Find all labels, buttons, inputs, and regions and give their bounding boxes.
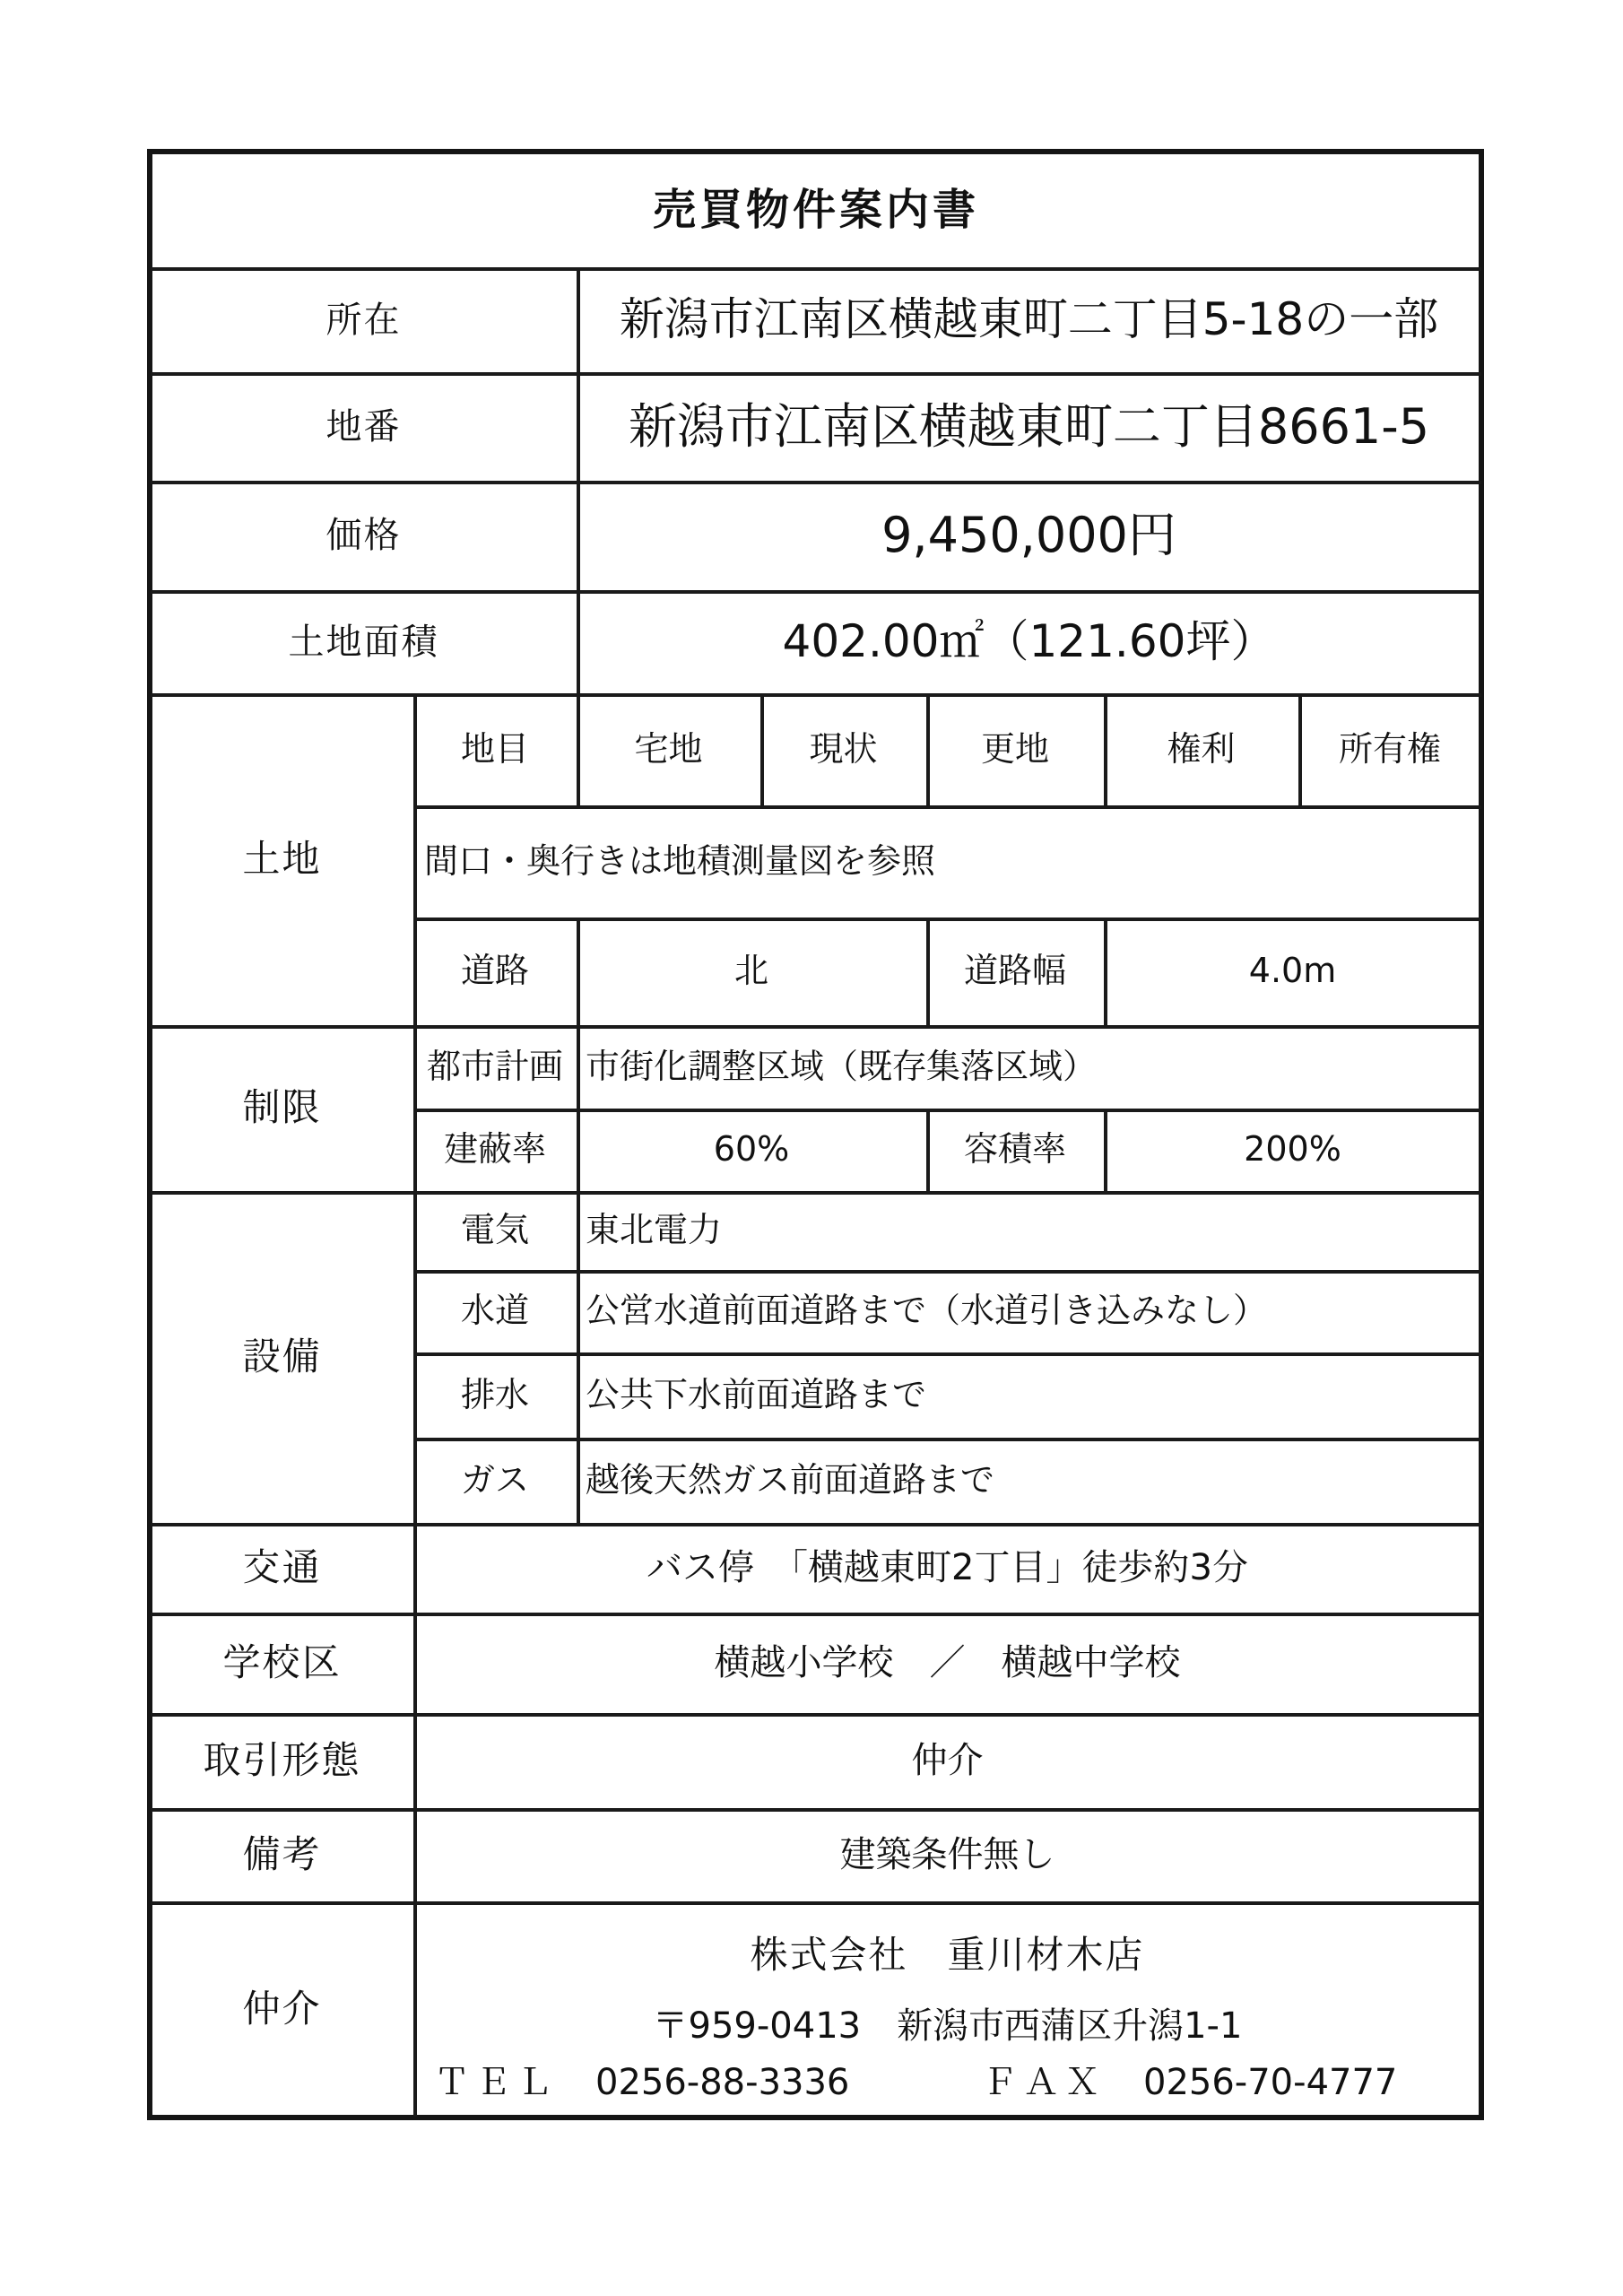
- tel-label: ＴＥＬ: [434, 2060, 558, 2105]
- broker-address: 〒959-0413 新潟市西蒲区升潟1-1: [413, 2000, 1481, 2052]
- value-price: 9,450,000円: [577, 481, 1481, 590]
- electricity-value: 東北電力: [577, 1191, 1481, 1270]
- land-category-label: 地目: [413, 693, 577, 805]
- tel-number: 0256-88-3336: [595, 2060, 849, 2105]
- drainage-value: 公共下水前面道路まで: [577, 1352, 1481, 1438]
- city-planning-value: 市街化調整区域（既存集落区域）: [577, 1025, 1481, 1109]
- transport-label: 交通: [151, 1523, 413, 1613]
- section-label-restriction: 制限: [151, 1025, 413, 1191]
- value-lot-number: 新潟市江南区横越東町二丁目8661-5: [577, 372, 1481, 481]
- road-value: 北: [577, 918, 926, 1025]
- building-coverage-value: 60%: [577, 1109, 926, 1191]
- school-district-label: 学校区: [151, 1613, 413, 1713]
- road-label: 道路: [413, 918, 577, 1025]
- label-lot-number: 地番: [151, 372, 577, 481]
- water-value: 公営水道前面道路まで（水道引き込みなし）: [577, 1270, 1481, 1352]
- remarks-value: 建築条件無し: [413, 1808, 1481, 1901]
- fax-label: ＦＡＸ: [982, 2060, 1106, 2105]
- label-land-area: 土地面積: [151, 590, 577, 693]
- transaction-type-label: 取引形態: [151, 1713, 413, 1808]
- label-location: 所在: [151, 267, 577, 372]
- land-rights-label: 権利: [1104, 693, 1298, 805]
- gas-value: 越後天然ガス前面道路まで: [577, 1438, 1481, 1523]
- floor-area-ratio-label: 容積率: [926, 1109, 1104, 1191]
- section-label-utilities: 設備: [151, 1191, 413, 1523]
- value-land-area: 402.00㎡（121.60坪）: [577, 590, 1481, 693]
- building-coverage-label: 建蔽率: [413, 1109, 577, 1191]
- broker-tel: ＴＥＬ 0256-88-3336: [434, 2057, 972, 2108]
- city-planning-label: 都市計画: [413, 1025, 577, 1109]
- drainage-label: 排水: [413, 1352, 577, 1438]
- land-category-value: 宅地: [577, 693, 760, 805]
- land-rights-value: 所有権: [1298, 693, 1481, 805]
- land-condition-label: 現状: [760, 693, 926, 805]
- electricity-label: 電気: [413, 1191, 577, 1270]
- fax-number: 0256-70-4777: [1143, 2060, 1397, 2105]
- land-frontage-note: 間口・奥行きは地積測量図を参照: [413, 805, 1481, 918]
- scanned-property-sheet: 売買物件案内書 所在 新潟市江南区横越東町二丁目5-18の一部 地番 新潟市江南…: [0, 0, 1623, 2296]
- gas-label: ガス: [413, 1438, 577, 1523]
- floor-area-ratio-value: 200%: [1104, 1109, 1481, 1191]
- document-title: 売買物件案内書: [151, 152, 1481, 267]
- value-location: 新潟市江南区横越東町二丁目5-18の一部: [577, 267, 1481, 372]
- water-label: 水道: [413, 1270, 577, 1352]
- broker-company: 株式会社 重川材木店: [413, 1926, 1481, 1984]
- road-width-label: 道路幅: [926, 918, 1104, 1025]
- section-label-land: 土地: [151, 693, 413, 1025]
- label-price: 価格: [151, 481, 577, 590]
- broker-label: 仲介: [151, 1901, 413, 2117]
- broker-fax: ＦＡＸ 0256-70-4777: [982, 2057, 1475, 2108]
- remarks-label: 備考: [151, 1808, 413, 1901]
- transaction-type-value: 仲介: [413, 1713, 1481, 1808]
- transport-value: バス停 「横越東町2丁目」徒歩約3分: [413, 1523, 1481, 1613]
- road-width-value: 4.0m: [1104, 918, 1481, 1025]
- school-district-value: 横越小学校 ／ 横越中学校: [413, 1613, 1481, 1713]
- land-condition-value: 更地: [926, 693, 1104, 805]
